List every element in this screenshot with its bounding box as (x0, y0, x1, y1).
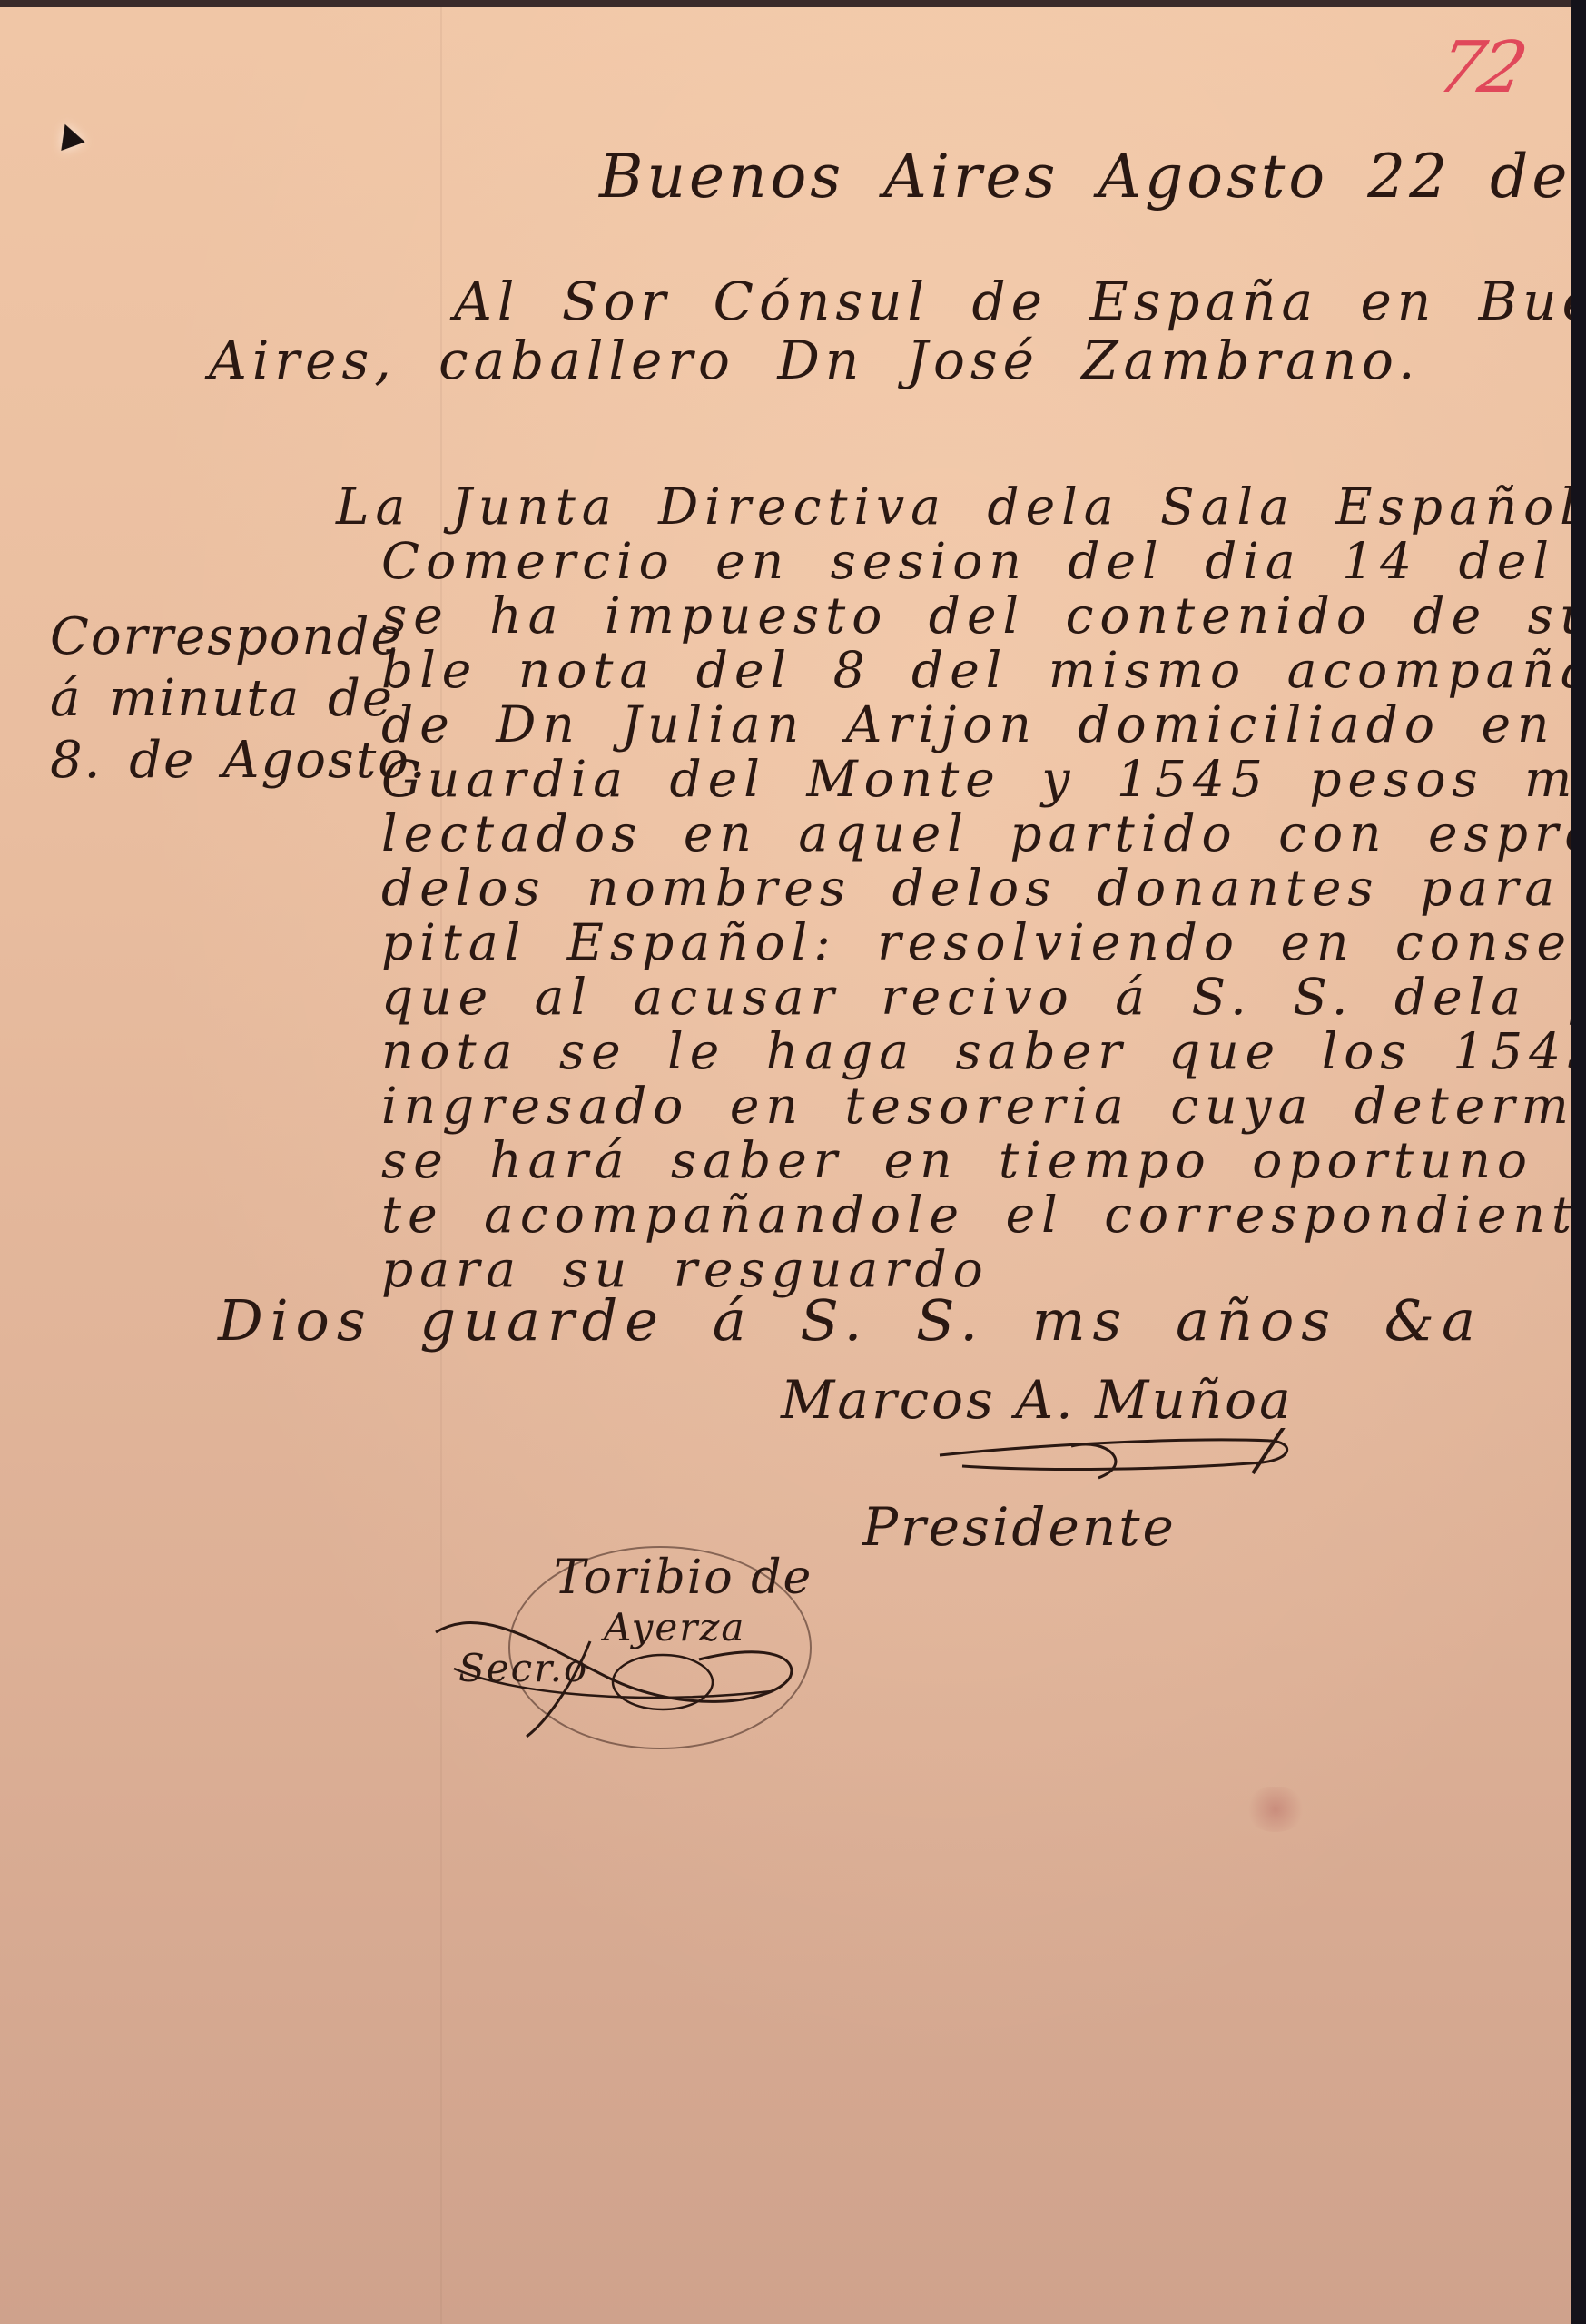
body-line: delos nombres delos donantes para el Hos… (381, 861, 1561, 915)
margin-note-line: Corresponde (50, 606, 413, 668)
margin-note: Corresponde á minuta de 8. de Agosto. (50, 606, 413, 792)
closing-salutation: Dios guarde á S. S. ms años &a (218, 1287, 1483, 1354)
paper-stain (1244, 1787, 1307, 1832)
dateline: Buenos Aires Agosto 22 de 1854. (599, 142, 1586, 212)
address-line-2: Aires, caballero Dn José Zambrano. (209, 330, 1420, 391)
scan-top-edge (0, 0, 1586, 7)
president-title: Presidente (862, 1496, 1177, 1558)
body-line: ingresado en tesoreria cuya determinacio… (381, 1078, 1561, 1133)
body-line: pital Español: resolviendo en consecuenc… (381, 915, 1561, 970)
address-line-1: Al Sor Cónsul de España en Buenos (454, 271, 1586, 332)
body-line: se hará saber en tiempo oportuno al remi… (381, 1133, 1561, 1187)
body-line: lectados en aquel partido con espresion (381, 806, 1561, 861)
president-signature: Marcos A. Muñoa (781, 1369, 1294, 1431)
body-line: Guardia del Monte y 1545 pesos m/corre r… (381, 752, 1561, 806)
secretary-name-line-1: Toribio de (554, 1551, 813, 1605)
margin-note-line: á minuta de (50, 668, 413, 730)
secretary-flourish-icon (427, 1605, 808, 1741)
puncture-hole (53, 120, 84, 151)
folio-number: 72 (1430, 27, 1530, 109)
margin-note-line: 8. de Agosto. (50, 730, 413, 792)
signature-flourish-icon (935, 1428, 1298, 1482)
letter-paper: 72 Buenos Aires Agosto 22 de 1854. Al So… (0, 7, 1571, 2324)
body-line: de Dn Julian Arijon domiciliado en la (381, 697, 1561, 752)
body-line: nota se le haga saber que los 1545 pesos… (381, 1024, 1561, 1078)
body-line: Comercio en sesion del dia 14 del actual (381, 534, 1561, 588)
body-line: ble nota del 8 del mismo acompañando otr… (381, 643, 1561, 697)
body-line: se ha impuesto del contenido de su aprec… (381, 588, 1561, 643)
body-line: que al acusar recivo á S. S. dela precit… (381, 970, 1561, 1024)
body-line: La Junta Directiva dela Sala Española de (336, 479, 1561, 534)
letter-body: La Junta Directiva dela Sala Española de… (381, 479, 1561, 1296)
scan-right-edge (1571, 0, 1586, 2324)
body-line: te acompañandole el correspondiente reci… (381, 1187, 1561, 1242)
